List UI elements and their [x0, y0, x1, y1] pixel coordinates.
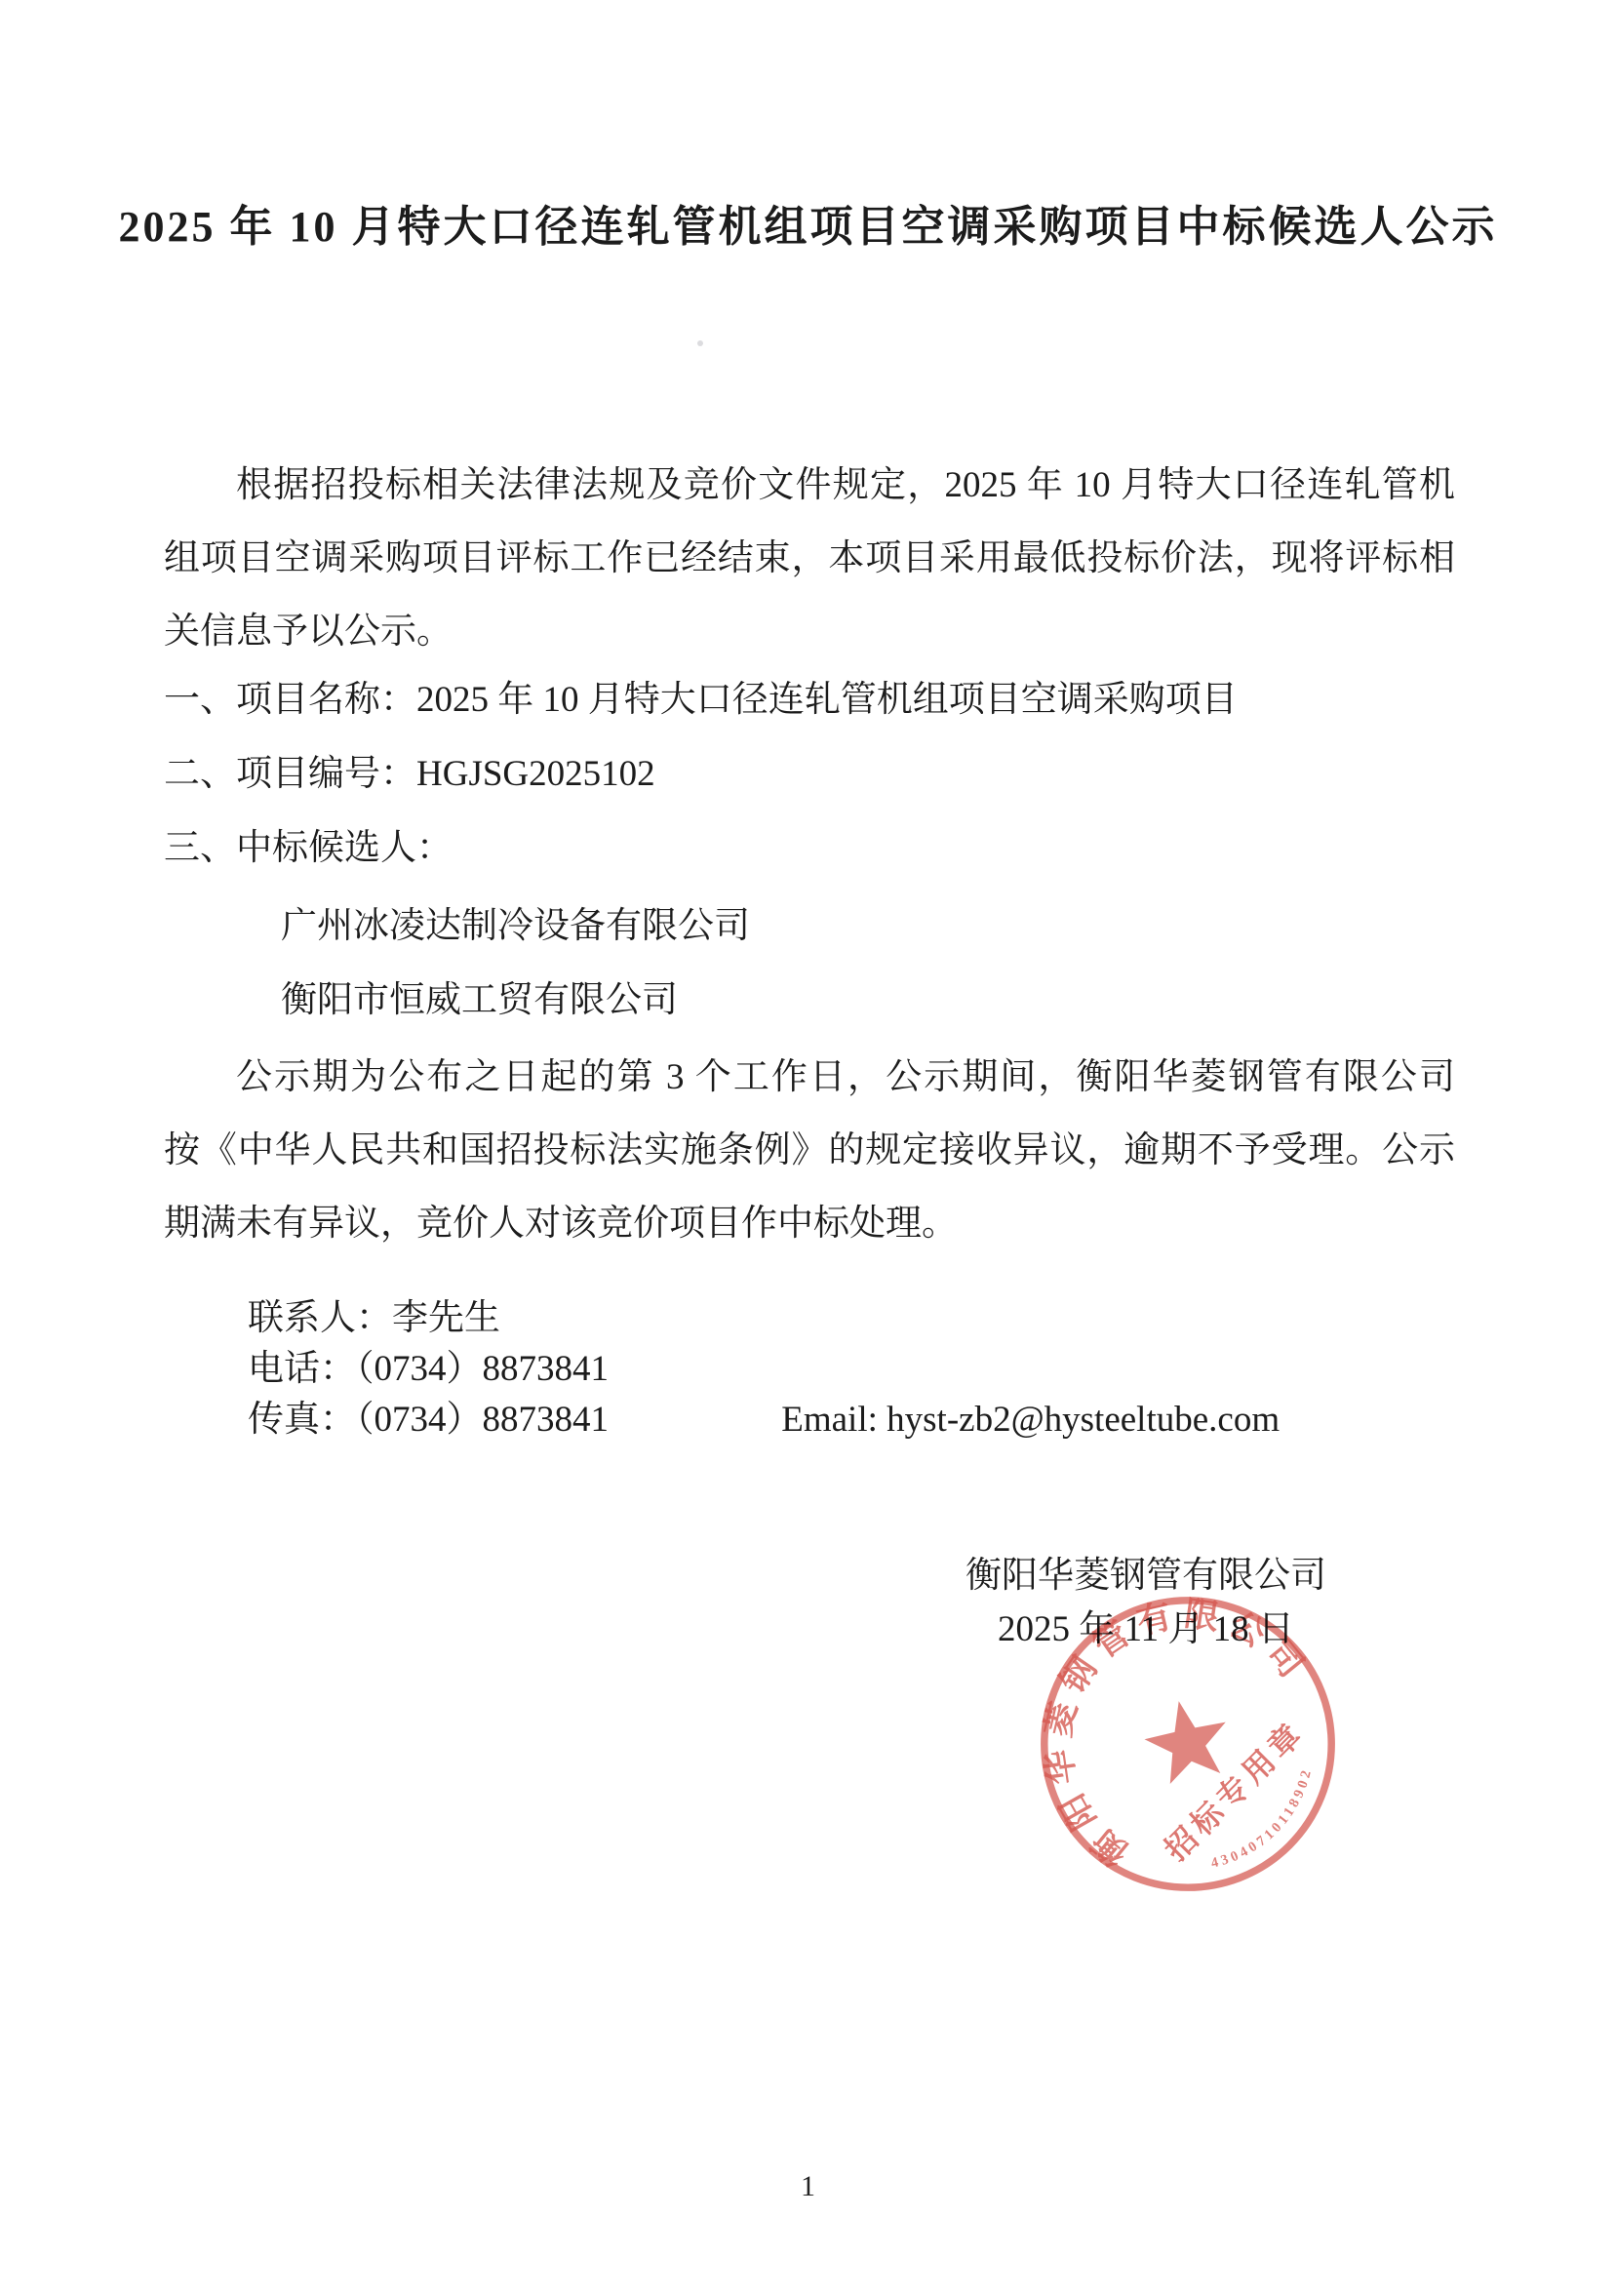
contact-fax-row: 传真：（0734）8873841 Email: hyst-zb2@hysteel…	[248, 1395, 1455, 1445]
paragraph-publicity-line: 公示期为公布之日起的第 3 个工作日，公示期间，衡阳华菱钢管有限公司	[164, 1041, 1455, 1114]
list-item-project-number: 二、项目编号：HGJSG2025102	[164, 737, 1455, 812]
seal-purpose-label: 招标专用章	[1158, 1714, 1311, 1867]
paragraph-intro-line: 组项目空调采购项目评标工作已经结束，本项目采用最低投标价法，现将评标相	[164, 522, 1455, 595]
paragraph-intro: 根据招投标相关法律法规及竞价文件规定，2025 年 10 月特大口径连轧管机 组…	[164, 449, 1455, 668]
paragraph-intro-line: 根据招投标相关法律法规及竞价文件规定，2025 年 10 月特大口径连轧管机	[164, 449, 1455, 522]
candidate-company: 广州冰凌达制冷设备有限公司	[281, 890, 1455, 964]
contact-email: Email: hyst-zb2@hysteeltube.com	[781, 1395, 1280, 1445]
contact-fax: 传真：（0734）8873841	[248, 1400, 609, 1440]
document-page: 2025 年 10 月特大口径连轧管机组项目空调采购项目中标候选人公示 根据招投…	[0, 0, 1616, 2296]
paragraph-intro-line: 关信息予以公示。	[164, 595, 1455, 668]
scan-artifact-dot	[697, 340, 703, 346]
paragraph-publicity-line: 按《中华人民共和国招投标法实施条例》的规定接收异议，逾期不予受理。公示	[164, 1114, 1455, 1187]
page-number: 1	[0, 2169, 1616, 2204]
list-item-project-name: 一、项目名称：2025 年 10 月特大口径连轧管机组项目空调采购项目	[164, 663, 1455, 737]
signature-company: 衡阳华菱钢管有限公司	[951, 1549, 1341, 1603]
paragraph-publicity-line: 期满未有异议，竞价人对该竞价项目作中标处理。	[164, 1187, 1455, 1260]
candidate-list: 广州冰凌达制冷设备有限公司 衡阳市恒威工贸有限公司	[164, 890, 1455, 1038]
list-item-candidates-heading: 三、中标候选人：	[164, 812, 1455, 886]
contact-person: 联系人：李先生	[248, 1293, 1455, 1344]
signature-block: 衡阳华菱钢管有限公司 2025 年 11 月 18 日	[951, 1549, 1341, 1656]
contact-block: 联系人：李先生 电话：（0734）8873841 传真：（0734）887384…	[164, 1293, 1455, 1445]
candidate-company: 衡阳市恒威工贸有限公司	[281, 964, 1455, 1038]
numbered-list: 一、项目名称：2025 年 10 月特大口径连轧管机组项目空调采购项目 二、项目…	[164, 663, 1455, 886]
page-title: 2025 年 10 月特大口径连轧管机组项目空调采购项目中标候选人公示	[0, 198, 1616, 257]
star-icon	[1138, 1692, 1236, 1787]
contact-phone: 电话：（0734）8873841	[248, 1344, 1455, 1395]
seal-serial-number: 43040710118902	[1203, 1760, 1330, 1886]
paragraph-publicity: 公示期为公布之日起的第 3 个工作日，公示期间，衡阳华菱钢管有限公司 按《中华人…	[164, 1041, 1455, 1260]
signature-date: 2025 年 11 月 18 日	[951, 1603, 1341, 1656]
